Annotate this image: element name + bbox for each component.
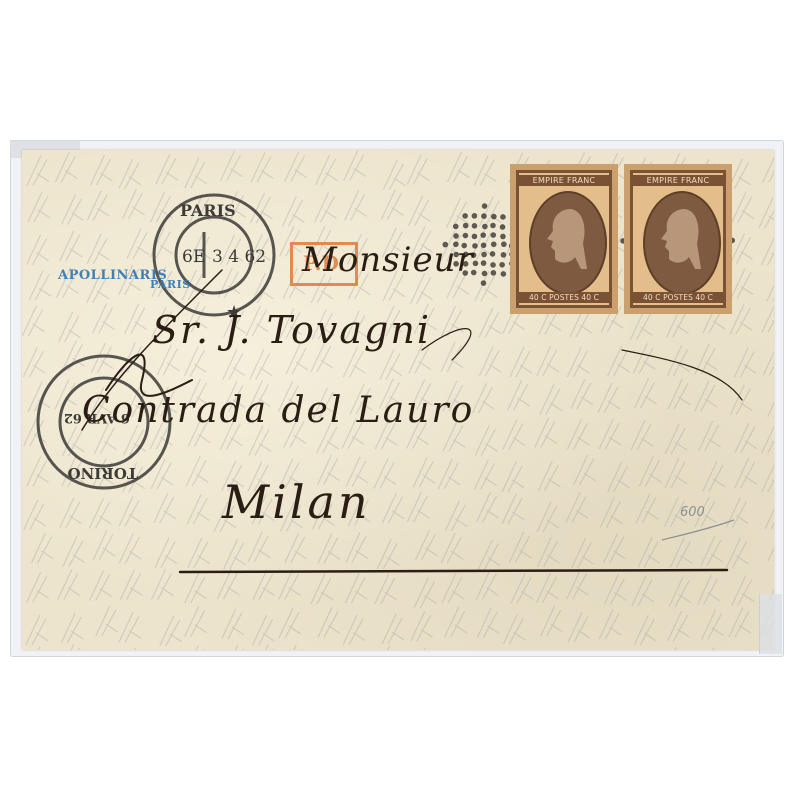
ink-flourishes	[22, 150, 774, 650]
sleeve-corner	[759, 594, 782, 654]
letter-cover: PARIS 6E 3 4 62 ★ APOLLINARIS PARIS P.D.…	[22, 150, 774, 650]
